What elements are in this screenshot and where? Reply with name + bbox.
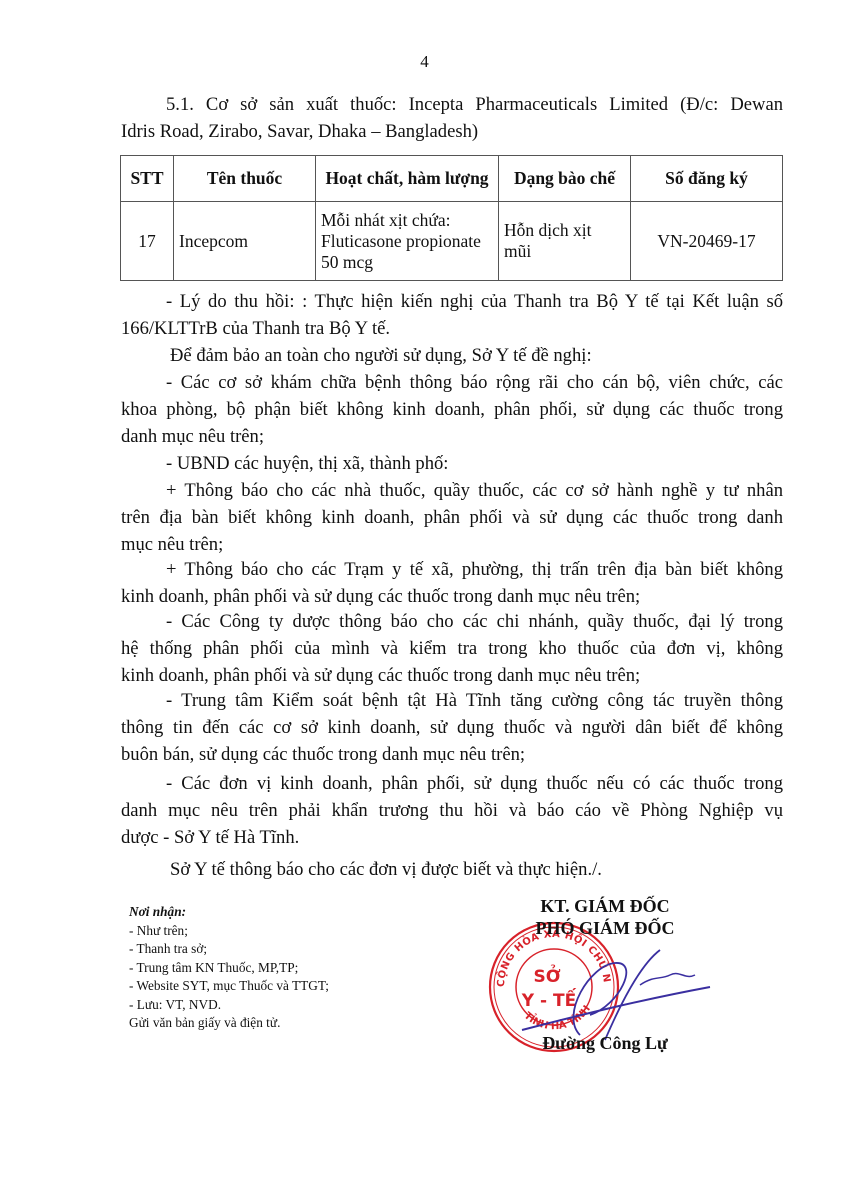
paragraph-units: - Các đơn vị kinh doanh, phân phối, sử d… [121,770,783,851]
signer-title-1: KT. GIÁM ĐỐC [470,896,740,917]
paragraph-pharmacies: + Thông báo cho các nhà thuốc, quầy thuố… [121,477,783,558]
signer-name: Đường Công Lự [470,1033,740,1054]
cell-name: Incepcom [174,202,316,281]
paragraph-companies: - Các Công ty dược thông báo cho các chi… [121,608,783,689]
table-row: 17 Incepcom Mỗi nhát xịt chứa: Fluticaso… [121,202,783,281]
recipients-block: Nơi nhận: - Như trên; - Thanh tra sở; - … [129,903,329,1033]
section-heading: 5.1. Cơ sở sản xuất thuốc: Incepta Pharm… [121,91,783,145]
closing-paragraph: Sở Y tế thông báo cho các đơn vị được bi… [121,856,783,883]
handwritten-signature-icon [520,945,720,1045]
recipient-item: - Website SYT, mục Thuốc và TTGT; [129,977,329,996]
recipients-heading: Nơi nhận: [129,903,329,922]
cell-active: Mỗi nhát xịt chứa: Fluticasone propionat… [316,202,499,281]
table-header-row: STT Tên thuốc Hoạt chất, hàm lượng Dạng … [121,156,783,202]
col-header-name: Tên thuốc [174,156,316,202]
recipient-item: - Trung tâm KN Thuốc, MP,TP; [129,959,329,978]
col-header-reg: Số đăng ký [631,156,783,202]
paragraph-clinics: - Các cơ sở khám chữa bệnh thông báo rộn… [121,369,783,450]
col-header-active: Hoạt chất, hàm lượng [316,156,499,202]
paragraph-cdc: - Trung tâm Kiểm soát bệnh tật Hà Tĩnh t… [121,687,783,768]
recipient-item: - Thanh tra sở; [129,940,329,959]
intro-paragraph: Để đảm bảo an toàn cho người sử dụng, Sở… [121,342,783,369]
reason-paragraph: - Lý do thu hồi: : Thực hiện kiến nghị c… [121,288,783,342]
page-number: 4 [0,52,849,72]
cell-form: Hỗn dịch xịt mũi [499,202,631,281]
drug-table: STT Tên thuốc Hoạt chất, hàm lượng Dạng … [120,155,783,281]
col-header-stt: STT [121,156,174,202]
col-header-form: Dạng bào chế [499,156,631,202]
recipient-item: - Như trên; [129,922,329,941]
recipient-note: Gửi văn bản giấy và điện tử. [129,1014,329,1033]
cell-stt: 17 [121,202,174,281]
paragraph-ubnd: - UBND các huyện, thị xã, thành phố: [121,450,783,477]
signer-title-2: PHÓ GIÁM ĐỐC [470,918,740,939]
paragraph-health-stations: + Thông báo cho các Trạm y tế xã, phường… [121,556,783,610]
cell-reg: VN-20469-17 [631,202,783,281]
recipient-item: - Lưu: VT, NVD. [129,996,329,1015]
